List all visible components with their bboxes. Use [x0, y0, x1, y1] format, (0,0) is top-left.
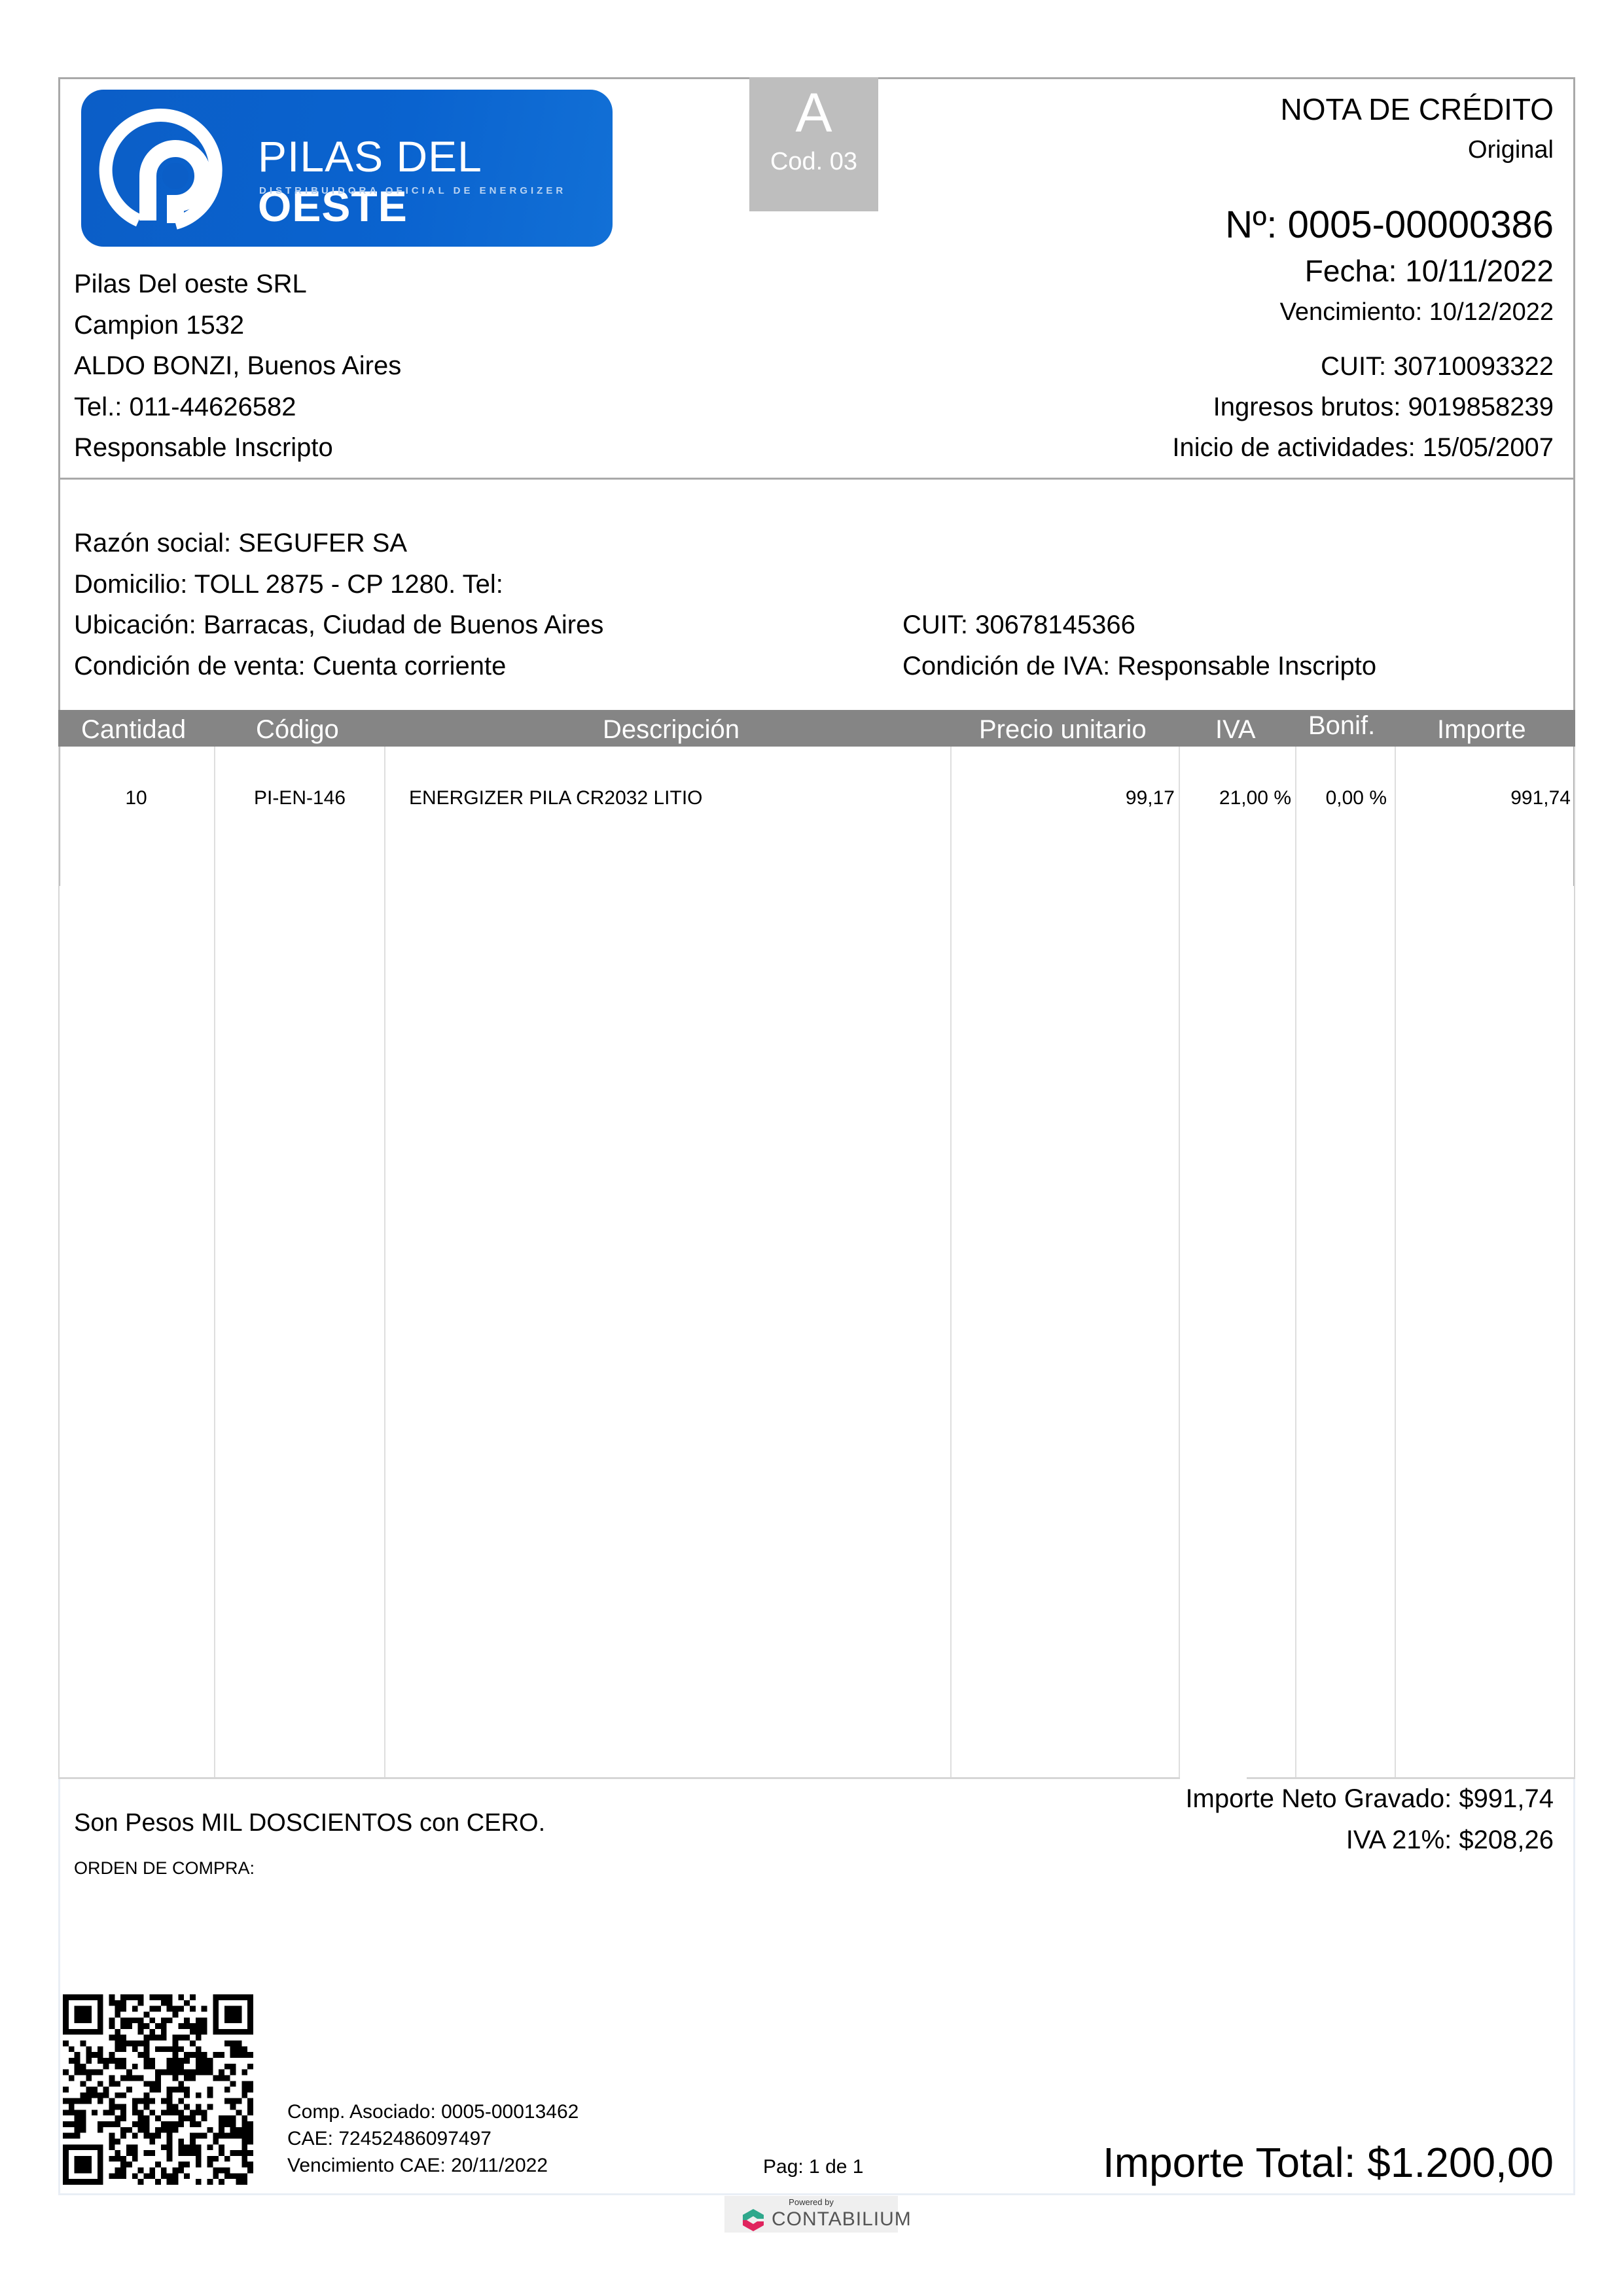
- document-date: Fecha: 10/11/2022: [1305, 253, 1554, 289]
- table-right-border: [1574, 747, 1575, 1778]
- client-sale-condition: Condición de venta: Cuenta corriente: [74, 652, 506, 681]
- column-divider: [950, 747, 952, 1778]
- net-taxed-amount: Importe Neto Gravado: $991,74: [1185, 1784, 1554, 1814]
- issuer-phone: Tel.: 011-44626582: [74, 393, 296, 422]
- powered-by-badge[interactable]: Powered by CONTABILIUM: [724, 2196, 898, 2233]
- logo-subtitle: DISTRIBUIDORA OFICIAL DE ENERGIZER: [259, 185, 566, 196]
- page-number: Pag: 1 de 1: [763, 2156, 863, 2178]
- associated-voucher: Comp. Asociado: 0005-00013462: [287, 2101, 579, 2123]
- cell-description: ENERGIZER PILA CR2032 LITIO: [409, 787, 703, 809]
- document-number: Nº: 0005-00000386: [1225, 203, 1554, 247]
- company-logo: PILAS DEL OESTE DISTRIBUIDORA OFICIAL DE…: [81, 90, 613, 247]
- client-location: Ubicación: Barracas, Ciudad de Buenos Ai…: [74, 610, 603, 640]
- issuer-tax-condition: Responsable Inscripto: [74, 433, 333, 463]
- client-cuit: CUIT: 30678145366: [902, 610, 1135, 640]
- column-divider: [1295, 747, 1296, 1778]
- header-discount: Bonif.: [1308, 711, 1375, 741]
- header-divider: [58, 478, 1575, 480]
- total-amount: Importe Total: $1.200,00: [1103, 2138, 1554, 2187]
- issuer-activity-start: Inicio de actividades: 15/05/2007: [1172, 433, 1554, 463]
- column-divider: [1395, 747, 1396, 1778]
- header-code: Código: [256, 715, 339, 745]
- cell-unit-price: 99,17: [952, 787, 1175, 809]
- vat-21-amount: IVA 21%: $208,26: [1346, 1826, 1554, 1855]
- client-vat-condition: Condición de IVA: Responsable Inscripto: [902, 652, 1376, 681]
- table-left-border: [58, 747, 60, 1778]
- document-title: NOTA DE CRÉDITO: [1281, 92, 1554, 127]
- amount-in-words: Son Pesos MIL DOSCIENTOS con CERO.: [74, 1809, 545, 1837]
- client-business-name: Razón social: SEGUFER SA: [74, 529, 407, 558]
- issuer-city: ALDO BONZI, Buenos Aires: [74, 351, 401, 381]
- voucher-letter: A: [749, 85, 878, 140]
- document-copy: Original: [1468, 136, 1554, 164]
- header-description: Descripción: [603, 715, 740, 745]
- logo-title: PILAS DEL OESTE: [258, 132, 613, 231]
- voucher-code: Cod. 03: [749, 148, 878, 176]
- qr-code-icon[interactable]: [63, 1994, 253, 2185]
- powered-by-label: Powered by: [724, 2197, 898, 2207]
- voucher-type-box: A Cod. 03: [749, 77, 878, 211]
- header-quantity: Cantidad: [81, 715, 186, 745]
- column-divider: [1179, 747, 1180, 1778]
- cell-vat: 21,00 %: [1180, 787, 1291, 809]
- cae-number: CAE: 72452486097497: [287, 2128, 491, 2150]
- issuer-name: Pilas Del oeste SRL: [74, 270, 307, 299]
- cell-code: PI-EN-146: [215, 787, 384, 809]
- header-unit-price: Precio unitario: [979, 715, 1147, 745]
- column-divider: [214, 747, 215, 1778]
- cae-due-date: Vencimiento CAE: 20/11/2022: [287, 2155, 548, 2177]
- cell-quantity: 10: [58, 787, 214, 809]
- contabilium-brand: CONTABILIUM: [772, 2208, 912, 2231]
- p-logo-icon: [98, 104, 229, 235]
- purchase-order-label: ORDEN DE COMPRA:: [74, 1858, 255, 1879]
- issuer-cuit: CUIT: 30710093322: [1321, 352, 1554, 381]
- column-divider: [384, 747, 385, 1778]
- document-due-date: Vencimiento: 10/12/2022: [1280, 298, 1554, 327]
- issuer-address: Campion 1532: [74, 311, 244, 340]
- contabilium-logo-icon: [743, 2209, 764, 2231]
- cell-amount: 991,74: [1396, 787, 1571, 809]
- items-table-header: Cantidad Código Descripción Precio unita…: [58, 710, 1575, 747]
- header-amount: Importe: [1437, 715, 1526, 745]
- header-vat: IVA: [1215, 715, 1256, 745]
- client-address: Domicilio: TOLL 2875 - CP 1280. Tel:: [74, 570, 503, 599]
- cell-discount: 0,00 %: [1296, 787, 1387, 809]
- issuer-gross-income: Ingresos brutos: 9019858239: [1213, 393, 1554, 422]
